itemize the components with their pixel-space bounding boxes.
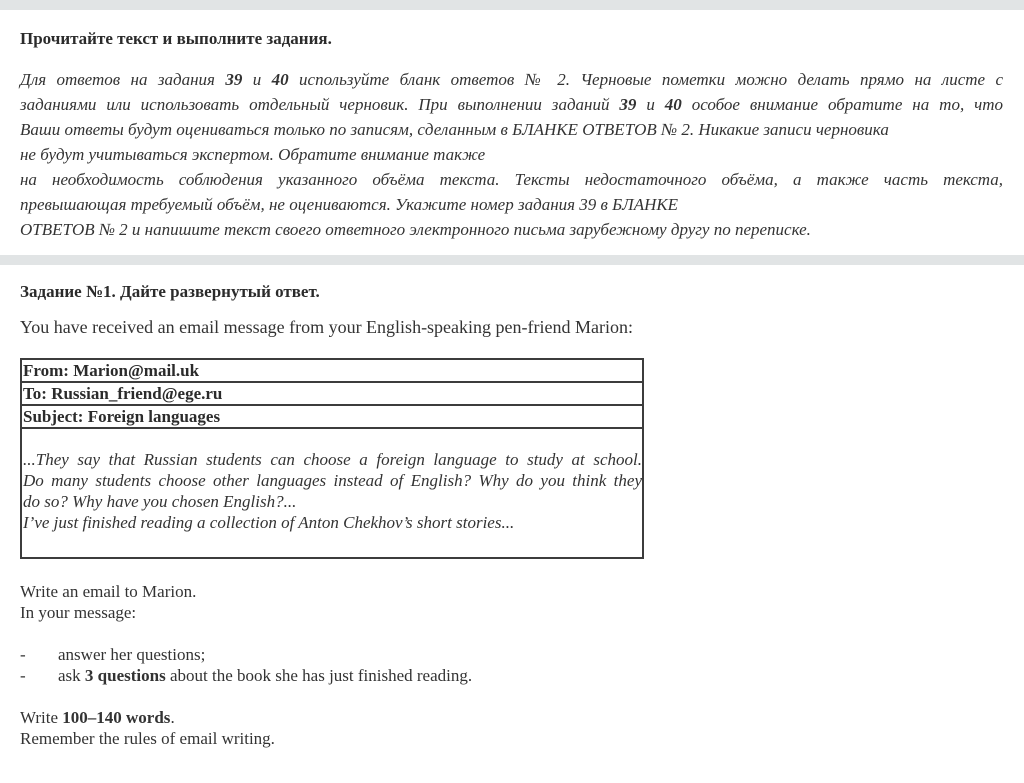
instructions-line: на необходимость соблюдения указанного о… — [20, 167, 1003, 192]
requirements-list: -answer her questions;-ask 3 questions a… — [20, 644, 1003, 686]
dash-bullet-icon: - — [20, 644, 58, 665]
instructions-text: Для ответов на задания 39 и 40 используй… — [20, 67, 1003, 242]
task-heading: Задание №1. Дайте развернутый ответ. — [20, 281, 1003, 303]
emphasis: 39 — [619, 95, 636, 114]
instructions-line: Для ответов на задания 39 и 40 используй… — [20, 67, 1003, 92]
requirement-text: answer her questions; — [58, 644, 205, 665]
emphasis: 100–140 words — [62, 708, 170, 727]
instructions-line: не будут учитываться экспертом. Обратите… — [20, 142, 1003, 167]
instructions-line: Ваши ответы будут оцениваться только по … — [20, 117, 1003, 142]
emphasis: 3 questions — [85, 666, 166, 685]
dash-bullet-icon: - — [20, 665, 58, 686]
email-to: To: Russian_friend@ege.ru — [22, 383, 642, 406]
emphasis: 39 — [225, 70, 242, 89]
top-separator-band — [0, 0, 1024, 10]
email-subject: Subject: Foreign languages — [22, 406, 642, 429]
write-email-line: Write an email to Marion. — [20, 581, 1003, 602]
instructions-section: Прочитайте текст и выполните задания. Дл… — [20, 22, 1003, 242]
email-from: From: Marion@mail.uk — [22, 360, 642, 383]
task-section: Задание №1. Дайте развернутый ответ. You… — [20, 275, 1003, 749]
instructions-heading: Прочитайте текст и выполните задания. — [20, 28, 1003, 50]
middle-separator-band — [0, 255, 1024, 265]
requirement-item: -ask 3 questions about the book she has … — [20, 665, 1003, 686]
email-body: ...They say that Russian students can ch… — [22, 429, 642, 557]
task-prompt: You have received an email message from … — [20, 316, 1003, 338]
requirement-text: ask 3 questions about the book she has j… — [58, 665, 472, 686]
instructions-line: заданиями или использовать отдельный чер… — [20, 92, 1003, 117]
instructions-line: ОТВЕТОВ № 2 и напишите текст своего отве… — [20, 217, 1003, 242]
email-body-line: Do many students choose other languages … — [23, 470, 642, 491]
in-your-message-line: In your message: — [20, 602, 1003, 623]
email-body-line: ...They say that Russian students can ch… — [23, 449, 642, 470]
writing-instructions: Write an email to Marion. In your messag… — [20, 581, 1003, 749]
instructions-line: превышающая требуемый объём, не оцениваю… — [20, 192, 1003, 217]
rules-line: Remember the rules of email writing. — [20, 728, 1003, 749]
requirement-item: -answer her questions; — [20, 644, 1003, 665]
word-count-line: Write 100–140 words. — [20, 707, 1003, 728]
emphasis: 40 — [665, 95, 682, 114]
email-body-line: I’ve just finished reading a collection … — [23, 512, 642, 533]
email-message-box: From: Marion@mail.uk To: Russian_friend@… — [20, 358, 644, 559]
emphasis: 40 — [272, 70, 289, 89]
email-body-line: do so? Why have you chosen English?... — [23, 491, 642, 512]
